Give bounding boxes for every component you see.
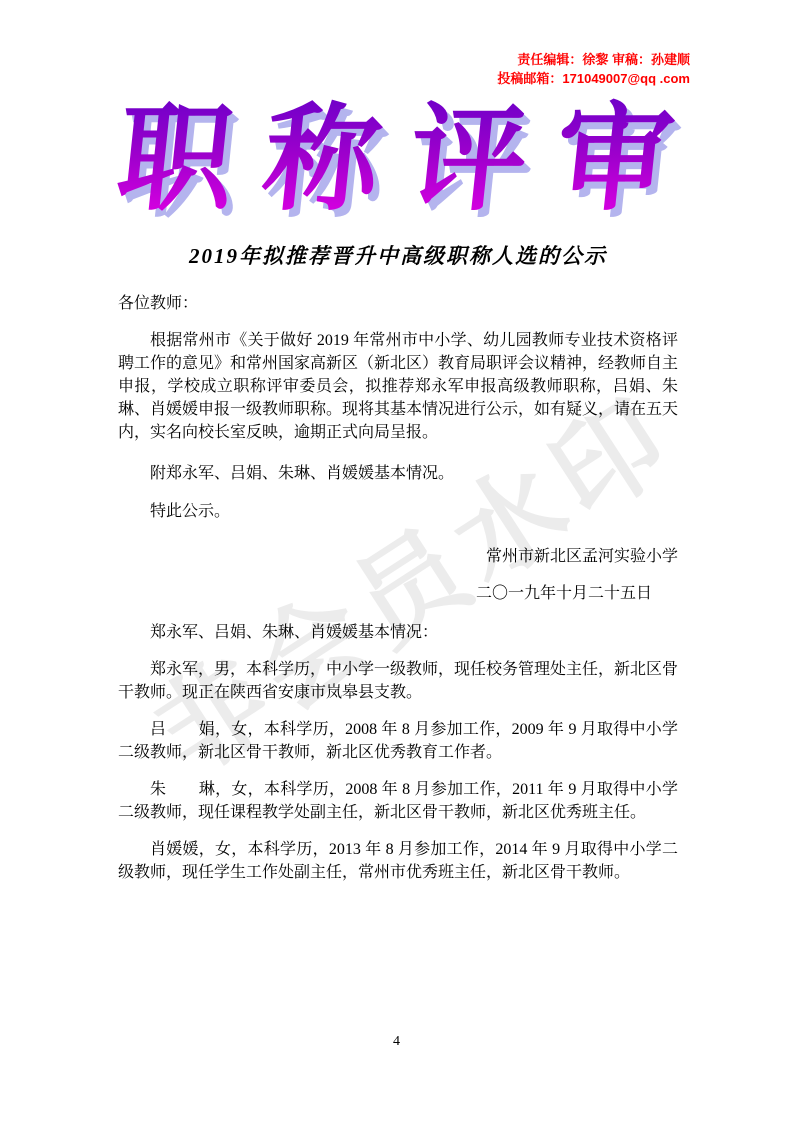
profile-zhulin: 朱 琳，女，本科学历，2008 年 8 月参加工作，2011 年 9 月取得中小… xyxy=(118,778,678,824)
closing-statement: 特此公示。 xyxy=(118,500,678,523)
submission-email-line: 投稿邮箱：171049007@qq .com xyxy=(118,69,690,88)
body-paragraph-1: 根据常州市《关于做好 2019 年常州市中小学、幼儿园教师专业技术资格评聘工作的… xyxy=(118,329,678,444)
notice-subtitle: 2019年拟推荐晋升中高级职称人选的公示 xyxy=(118,240,678,270)
page-number: 4 xyxy=(0,1034,793,1050)
profiles-heading: 郑永军、吕娟、朱琳、肖媛媛基本情况： xyxy=(118,621,678,644)
wordart-title-text: 职称评审 xyxy=(111,92,686,230)
profile-zhengyongjun: 郑永军，男，本科学历，中小学一级教师，现任校务管理处主任，新北区骨干教师。现正在… xyxy=(118,658,678,704)
wordart-title: 职称评审 职称评审 xyxy=(111,92,686,230)
signature-school: 常州市新北区孟河实验小学 xyxy=(118,545,678,568)
editor-credit-line: 责任编辑：徐黎 审稿：孙建顺 xyxy=(118,50,690,69)
editor-masthead: 责任编辑：徐黎 审稿：孙建顺 投稿邮箱：171049007@qq .com xyxy=(118,50,690,88)
profile-xiaoyuanyuan: 肖媛媛，女，本科学历，2013 年 8 月参加工作，2014 年 9 月取得中小… xyxy=(118,838,678,884)
document-page: 非会员水印 责任编辑：徐黎 审稿：孙建顺 投稿邮箱：171049007@qq .… xyxy=(0,0,793,1122)
attachment-note: 附郑永军、吕娟、朱琳、肖媛媛基本情况。 xyxy=(118,462,678,485)
document-content: 责任编辑：徐黎 审稿：孙建顺 投稿邮箱：171049007@qq .com 职称… xyxy=(118,0,678,884)
salutation: 各位教师： xyxy=(118,292,678,315)
signature-date: 二〇一九年十月二十五日 xyxy=(118,582,678,605)
profile-lvjuan: 吕 娟，女，本科学历，2008 年 8 月参加工作，2009 年 9 月取得中小… xyxy=(118,718,678,764)
